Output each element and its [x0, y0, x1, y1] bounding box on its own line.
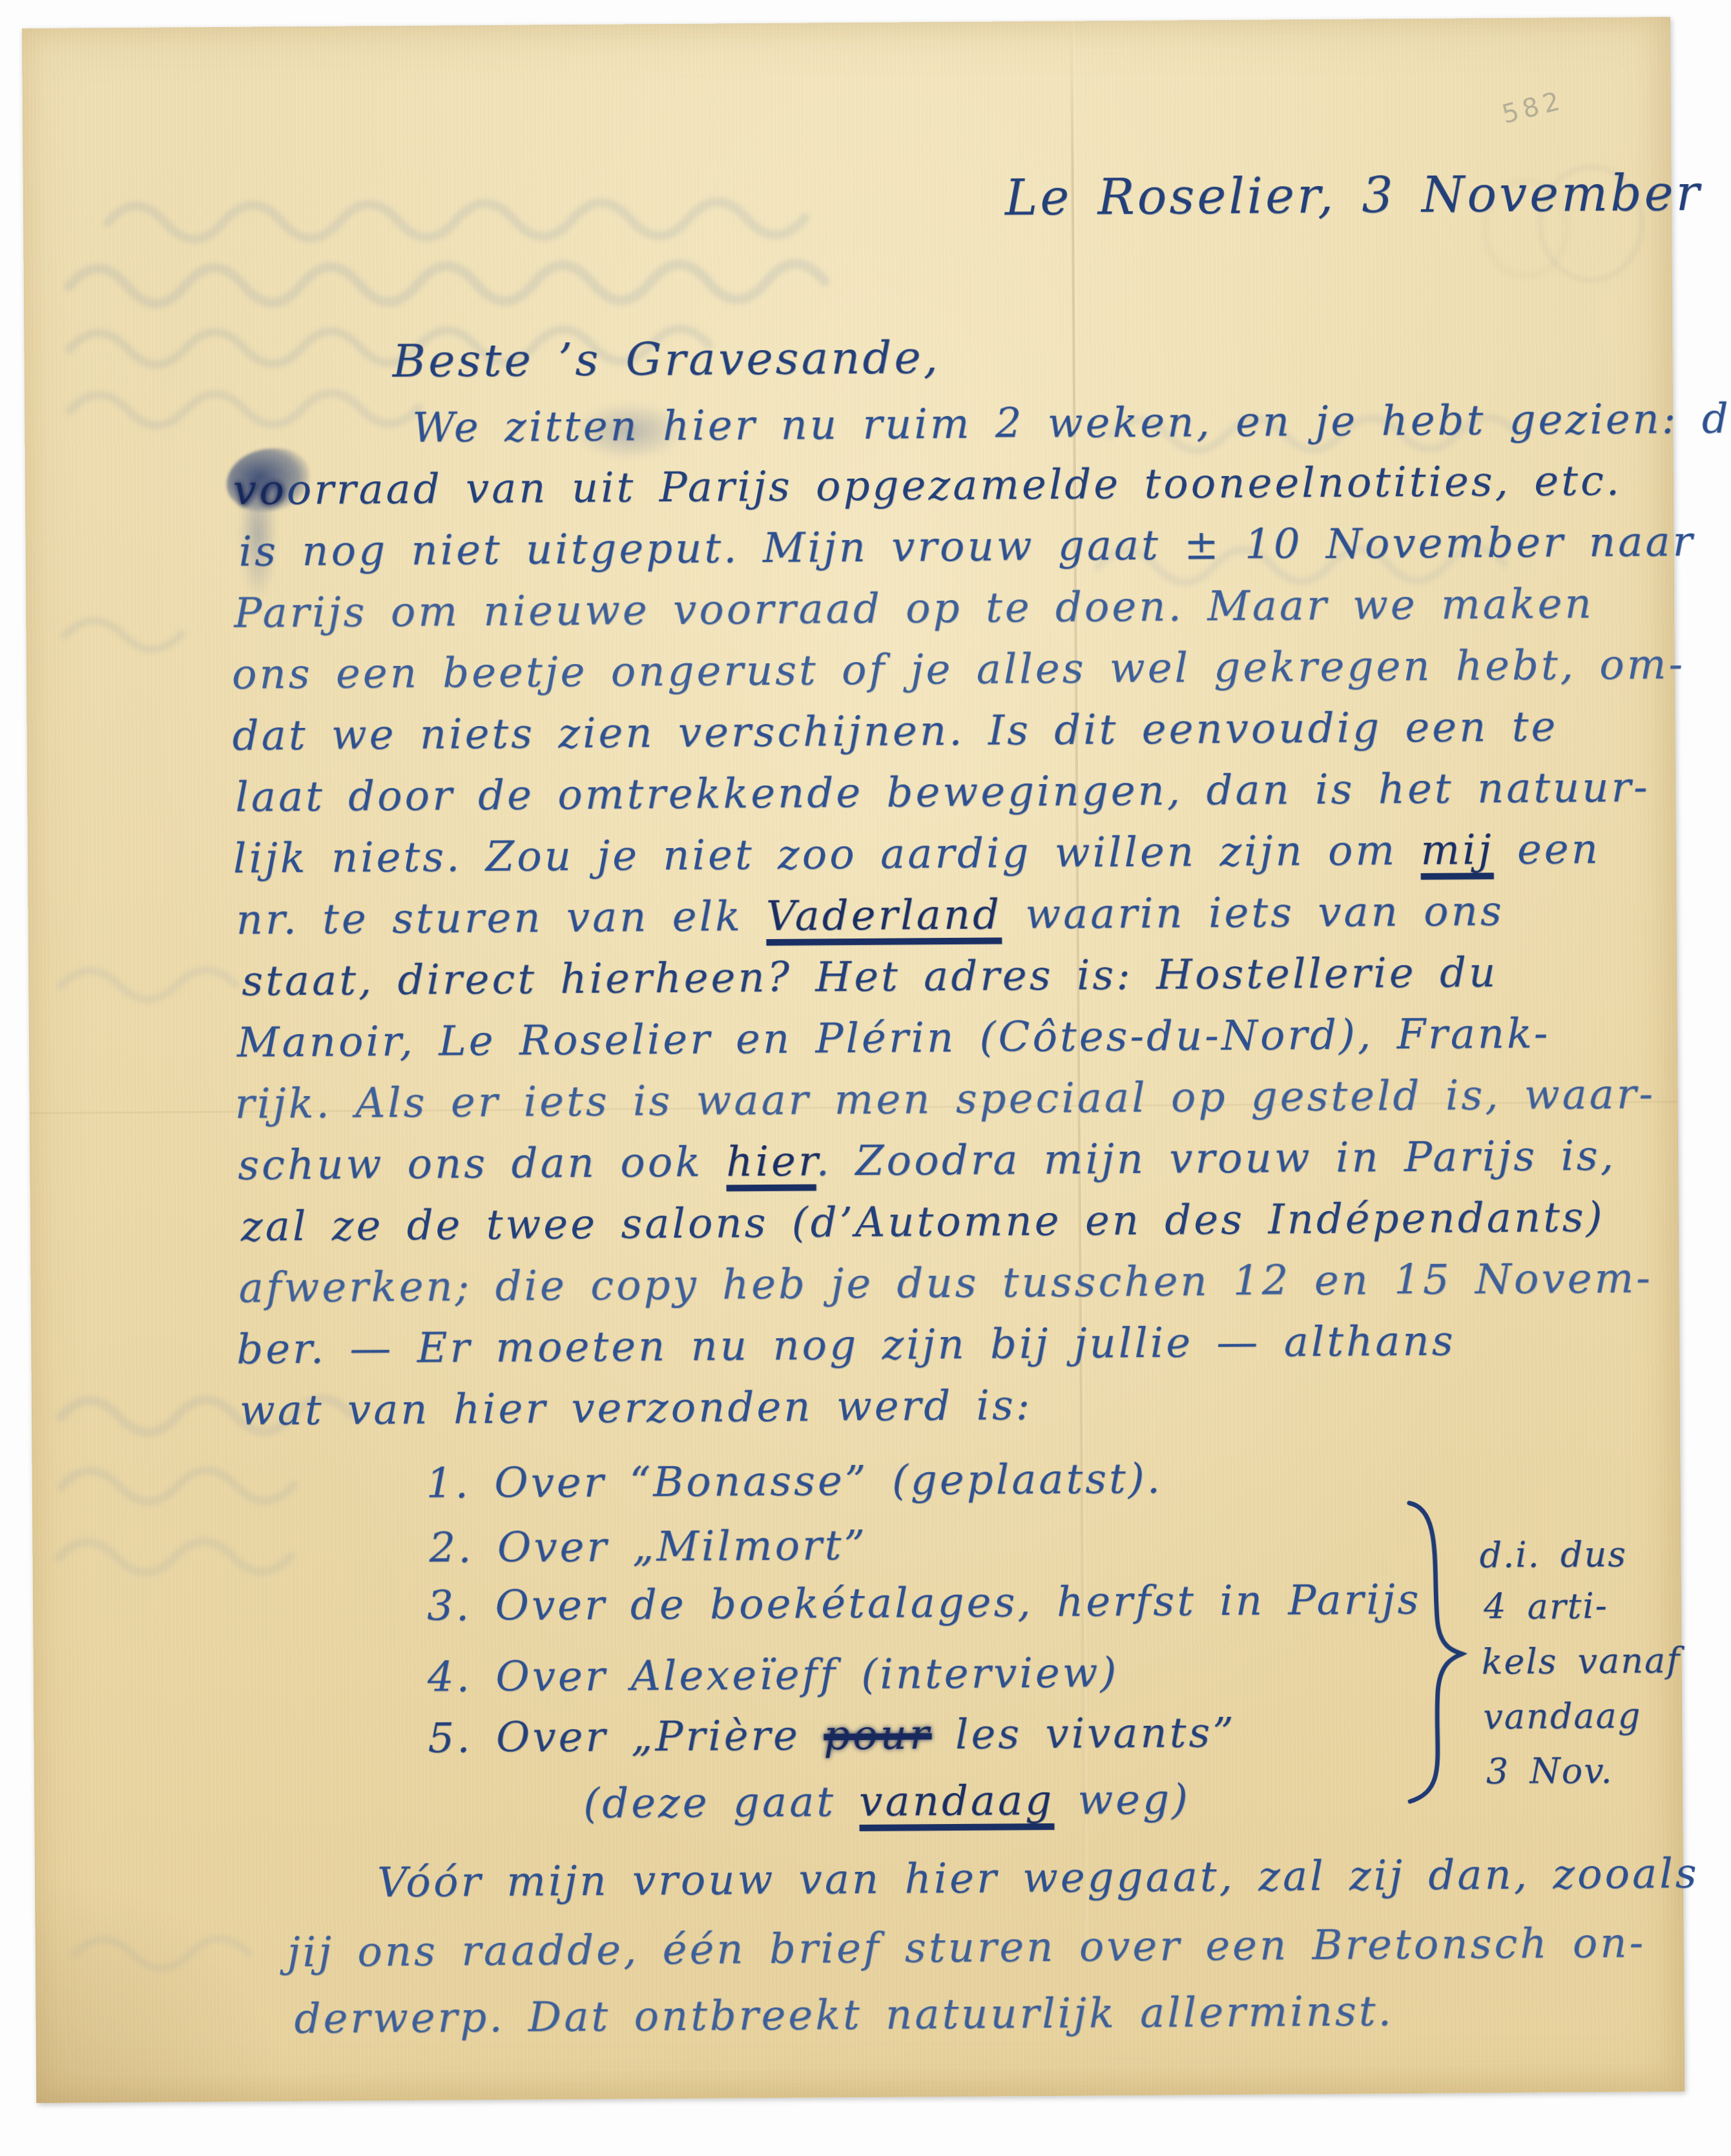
- letter-line: zal ze de twee salons (d’Automne en des …: [241, 1194, 1605, 1251]
- line-text: les vivants”: [931, 1709, 1236, 1759]
- sidenote-line: 3 Nov.: [1486, 1750, 1613, 1792]
- date-line: Le Roselier, 3 November 1933.: [1005, 163, 1731, 226]
- line-text: lijk niets. Zou je niet zoo aardig wille…: [233, 827, 1421, 883]
- list-item: 5. Over „Prière pour les vivants”: [428, 1709, 1236, 1763]
- letter-line: voorraad van uit Parijs opgezamelde toon…: [233, 457, 1622, 515]
- letter-line: is nog niet uitgeput. Mijn vrouw gaat ± …: [238, 518, 1695, 576]
- letter-line: Vóór mijn vrouw van hier weggaat, zal zi…: [377, 1850, 1699, 1907]
- sidenote-line: vandaag: [1483, 1695, 1641, 1737]
- line-text: waarin iets van ons: [1002, 887, 1504, 938]
- list-item: 3. Over de boekétalages, herfst in Parij…: [427, 1576, 1422, 1631]
- list-subnote: (deze gaat vandaag weg): [583, 1776, 1190, 1828]
- line-text: orraad van uit Parijs opgezamelde toonee…: [286, 457, 1622, 514]
- letter-line: Parijs om nieuwe voorraad op te doen. Ma…: [234, 580, 1594, 637]
- letter-line: schuw ons dan ook hier. Zoodra mijn vrou…: [238, 1132, 1616, 1190]
- letter-line: nr. te sturen van elk Vaderland waarin i…: [236, 887, 1504, 944]
- grouping-brace: [1400, 1497, 1486, 1808]
- letter-line: ber. — Er moeten nu nog zijn bij jullie …: [236, 1318, 1456, 1374]
- corner-fold-shadow: [35, 1856, 308, 2103]
- letter-line: wat van hier verzonden werd is:: [240, 1382, 1033, 1435]
- letter-line: dat we niets zien verschijnen. Is dit ee…: [232, 703, 1558, 760]
- list-item: 2. Over „Milmort”: [429, 1522, 867, 1573]
- letter-line: rijk. Als er iets is waar men speciaal o…: [234, 1070, 1655, 1128]
- salutation: Beste ’s Gravesande,: [392, 331, 940, 388]
- underlined-word: hier: [726, 1137, 816, 1186]
- underlined-word: vandaag: [859, 1777, 1054, 1826]
- line-text: 5. Over „Prière: [428, 1712, 824, 1762]
- sidenote-line: kels vanaf: [1481, 1640, 1681, 1682]
- sidenote-line: d.i. dus: [1479, 1534, 1627, 1576]
- underlined-word: mij: [1420, 826, 1494, 875]
- line-text: een: [1493, 825, 1601, 874]
- list-item: 1. Over “Bonasse” (geplaatst).: [426, 1455, 1163, 1508]
- list-item: 4. Over Alexeïeff (interview): [428, 1649, 1119, 1701]
- letter-line: derwerp. Dat ontbreekt natuurlijk allerm…: [294, 1987, 1394, 2043]
- line-text: . Zoodra mijn vrouw in Parijs is,: [816, 1132, 1616, 1186]
- letter-line: laat door de omtrekkende bewegingen, dan…: [235, 763, 1650, 821]
- letter-sheet: 582 Le Roselier, 3 November 1933. Beste …: [22, 17, 1684, 2103]
- line-text: nr. te sturen van elk: [236, 893, 766, 944]
- line-text: schuw ons dan ook: [238, 1138, 727, 1189]
- line-text: weg): [1054, 1776, 1190, 1824]
- struck-word: pour: [824, 1711, 932, 1759]
- letter-line: afwerken; die copy heb je dus tusschen 1…: [238, 1254, 1653, 1312]
- letter-line: jij ons raadde, één brief sturen over ee…: [287, 1920, 1646, 1977]
- line-text: (deze gaat: [583, 1778, 860, 1828]
- letter-line: ons een beetje ongerust of je alles wel …: [232, 641, 1686, 699]
- sidenote-line: 4 arti-: [1484, 1586, 1608, 1627]
- blotted-word: vo: [233, 466, 287, 515]
- underlined-word: Vaderland: [766, 891, 1002, 940]
- letter-line: Manoir, Le Roselier en Plérin (Côtes-du-…: [237, 1010, 1551, 1067]
- letter-line: staat, direct hierheen? Het adres is: Ho…: [242, 949, 1498, 1006]
- letter-line: We zitten hier nu ruim 2 weken, en je he…: [412, 395, 1731, 452]
- letter-line: lijk niets. Zou je niet zoo aardig wille…: [233, 825, 1601, 883]
